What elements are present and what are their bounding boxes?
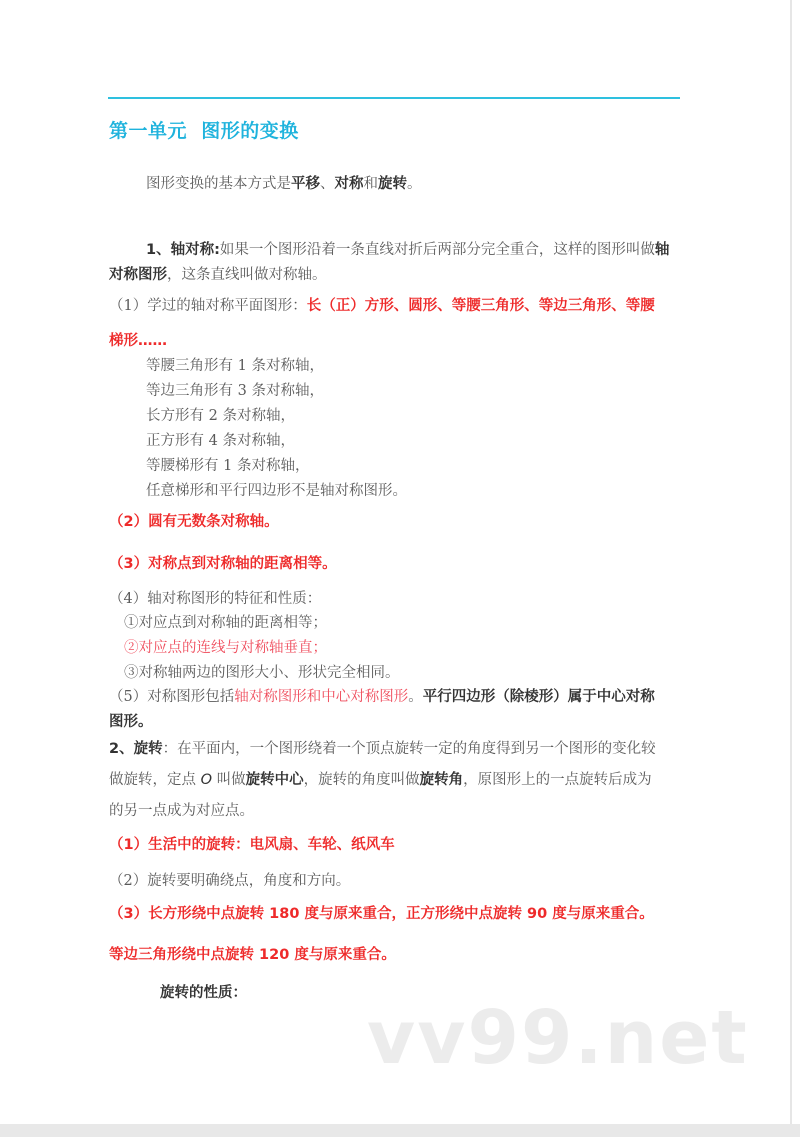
page-bottom-edge <box>0 1124 800 1137</box>
section2-line1: 2、旋转：在平面内，一个图形绕着一个顶点旋转一定的角度得到另一个图形的变化较 <box>109 739 656 759</box>
definition-text: 在平面内，一个图形绕着一个顶点旋转一定的角度得到另一个图形的变化较 <box>177 741 656 757</box>
rotation-properties-heading: 旋转的性质： <box>160 983 247 1003</box>
definition-text: 如果一个图形沿着一条直线对折后两部分完全重合，这样的图形叫做 <box>220 242 655 258</box>
bold-text: 图形。 <box>109 714 153 730</box>
term-symmetry: 对称 <box>335 176 364 192</box>
section2-line2: 做旋转，定点 O 叫做旋转中心，旋转的角度叫做旋转角，原图形上的一点旋转后成为 <box>109 770 652 790</box>
item5-line: （5）对称图形包括轴对称图形和中心对称图形。平行四边形（除棱形）属于中心对称 <box>109 687 655 707</box>
highlight-text: 梯形…… <box>109 333 167 349</box>
term-rotation: 旋转 <box>378 176 407 192</box>
highlight-text: 长（正）方形、圆形、等腰三角形、等边三角形、等腰 <box>307 298 655 314</box>
intro-text: 图形变换的基本方式是 <box>146 176 291 192</box>
definition-text: 做旋转，定点 <box>109 772 201 788</box>
section1-line1: 1、轴对称:如果一个图形沿着一条直线对折后两部分完全重合，这样的图形叫做轴 <box>146 240 669 260</box>
header-rule <box>108 97 680 99</box>
axes-list-item: 任意梯形和平行四边形不是轴对称图形。 <box>146 481 407 501</box>
bold-term: 旋转中心 <box>246 772 304 788</box>
bold-term: 轴 <box>655 242 670 258</box>
definition-text: ，旋转的角度叫做 <box>304 772 420 788</box>
axes-list-item: 正方形有 4 条对称轴， <box>146 431 295 451</box>
definition-text: 叫做 <box>212 772 246 788</box>
period: 。 <box>408 689 423 705</box>
property-point: ③对称轴两边的图形大小、形状完全相同。 <box>124 663 400 683</box>
axes-list-item: 等腰梯形有 1 条对称轴， <box>146 456 309 476</box>
rotation-item3: （3）长方形绕中点旋转 180 度与原来重合，正方形绕中点旋转 90 度与原来重… <box>109 904 654 924</box>
axes-list-item: 等腰三角形有 1 条对称轴， <box>146 356 324 376</box>
definition-text: ，这条直线叫做对称轴。 <box>167 267 327 283</box>
sep: 和 <box>364 176 379 192</box>
period: 。 <box>407 176 422 192</box>
rotation-item2: （2）旋转要明确绕点，角度和方向。 <box>109 871 350 891</box>
item2-line: （2）圆有无数条对称轴。 <box>109 512 279 532</box>
colon: ： <box>163 741 178 757</box>
item-label: （5）对称图形包括 <box>109 689 234 705</box>
highlight-text: 轴对称图形和中心对称图形 <box>234 689 408 705</box>
term-translation: 平移 <box>291 176 320 192</box>
property-point: ①对应点到对称轴的距离相等； <box>124 613 327 633</box>
item1-line: （1）学过的轴对称平面图形：长（正）方形、圆形、等腰三角形、等边三角形、等腰 <box>109 296 655 316</box>
intro-paragraph: 图形变换的基本方式是平移、对称和旋转。 <box>146 174 422 194</box>
section2-line3: 的另一点成为对应点。 <box>109 801 254 821</box>
item3-line: （3）对称点到对称轴的距离相等。 <box>109 554 337 574</box>
rotation-item3-continued: 等边三角形绕中点旋转 120 度与原来重合。 <box>109 945 396 965</box>
item5-continued: 图形。 <box>109 712 153 732</box>
watermark: vv99.net <box>367 995 749 1081</box>
chapter-title: 第一单元 图形的变换 <box>109 116 299 143</box>
bold-term: 旋转角 <box>420 772 464 788</box>
section1-heading: 1、轴对称 <box>146 242 214 258</box>
rotation-item1: （1）生活中的旋转：电风扇、车轮、纸风车 <box>109 835 395 855</box>
definition-text: ，原图形上的一点旋转后成为 <box>463 772 652 788</box>
axes-list-item: 等边三角形有 3 条对称轴， <box>146 381 324 401</box>
section2-heading: 2、旋转 <box>109 741 163 757</box>
item4-title: （4）轴对称图形的特征和性质： <box>109 589 321 609</box>
item1-continued: 梯形…… <box>109 331 167 351</box>
axes-list-item: 长方形有 2 条对称轴， <box>146 406 295 426</box>
point-o: O <box>201 772 212 788</box>
bold-term: 对称图形 <box>109 267 167 283</box>
sep: 、 <box>320 176 335 192</box>
item-label: （1）学过的轴对称平面图形： <box>109 298 307 314</box>
document-page: 第一单元 图形的变换 图形变换的基本方式是平移、对称和旋转。 1、轴对称:如果一… <box>0 0 792 1125</box>
bold-text: 平行四边形（除棱形）属于中心对称 <box>423 689 655 705</box>
section1-line2: 对称图形，这条直线叫做对称轴。 <box>109 265 327 285</box>
property-point-highlight: ②对应点的连线与对称轴垂直； <box>124 638 327 658</box>
